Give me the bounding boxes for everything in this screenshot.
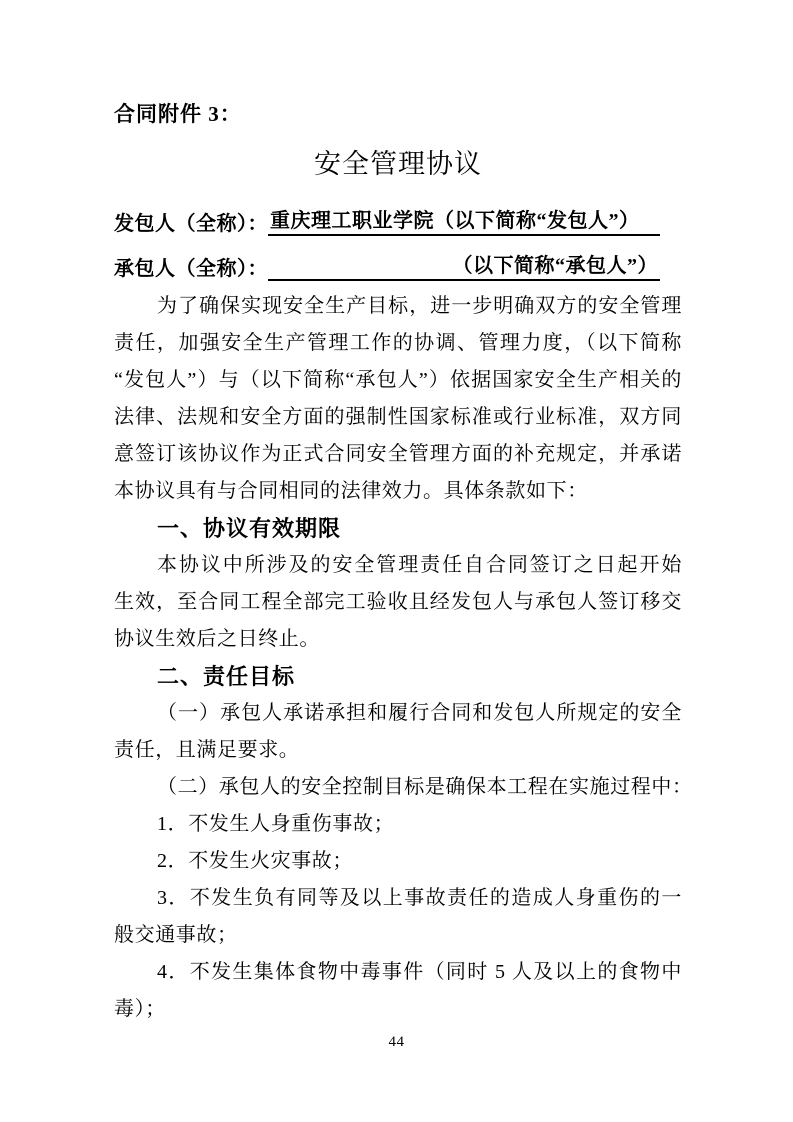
section-1-line-1: 本协议中所涉及的安全管理责任自合同签订之日起开始 bbox=[114, 547, 682, 584]
intro-line-4: 法律、法规和安全方面的强制性国家标准或行业标准，双方同 bbox=[114, 399, 682, 436]
section-1-heading: 一、协议有效期限 bbox=[114, 510, 682, 547]
list-item-2: 2．不发生火灾事故； bbox=[114, 843, 682, 880]
employer-value-underlined: 重庆理工职业学院（以下简称“发包人”） bbox=[268, 204, 660, 236]
list-item-4-line-1: 4．不发生集体食物中毒事件（同时 5 人及以上的食物中 bbox=[114, 954, 682, 991]
contractor-value-underlined: （以下简称“承包人”） bbox=[268, 249, 660, 281]
list-item-1: 1．不发生人身重伤事故； bbox=[114, 806, 682, 843]
contractor-row: 承包人（全称）： （以下简称“承包人”） bbox=[114, 243, 660, 281]
intro-line-1: 为了确保实现安全生产目标，进一步明确双方的安全管理 bbox=[114, 288, 682, 325]
section-2-heading: 二、责任目标 bbox=[114, 658, 682, 695]
list-item-3-line-1: 3．不发生负有同等及以上事故责任的造成人身重伤的一 bbox=[114, 880, 682, 917]
intro-line-2: 责任，加强安全生产管理工作的协调、管理力度，（以下简称 bbox=[114, 325, 682, 362]
clause-2-1-line-1: （一）承包人承诺承担和履行合同和发包人所规定的安全 bbox=[114, 695, 682, 732]
document-page: 合同附件 3： 安全管理协议 发包人（全称）： 重庆理工职业学院（以下简称“发包… bbox=[0, 0, 793, 1122]
clause-2-1-line-2: 责任，且满足要求。 bbox=[114, 732, 682, 769]
section-1-line-2: 生效，至合同工程全部完工验收且经发包人与承包人签订移交 bbox=[114, 584, 682, 621]
section-1-line-3: 协议生效后之日终止。 bbox=[114, 621, 682, 658]
list-item-3-line-2: 般交通事故； bbox=[114, 917, 682, 954]
list-item-4-line-2: 毒）； bbox=[114, 991, 682, 1028]
employer-label: 发包人（全称）： bbox=[114, 207, 268, 236]
intro-line-5: 意签订该协议作为正式合同安全管理方面的补充规定，并承诺 bbox=[114, 436, 682, 473]
intro-line-3: “发包人”）与（以下简称“承包人”）依据国家安全生产相关的 bbox=[114, 362, 682, 399]
contractor-label: 承包人（全称）： bbox=[114, 252, 268, 281]
document-title: 安全管理协议 bbox=[114, 142, 682, 181]
clause-2-2-line-1: （二）承包人的安全控制目标是确保本工程在实施过程中： bbox=[114, 769, 682, 806]
page-number: 44 bbox=[0, 1034, 793, 1051]
employer-row: 发包人（全称）： 重庆理工职业学院（以下简称“发包人”） bbox=[114, 198, 660, 236]
body-text: 为了确保实现安全生产目标，进一步明确双方的安全管理 责任，加强安全生产管理工作的… bbox=[114, 288, 682, 1028]
intro-line-6: 本协议具有与合同相同的法律效力。具体条款如下： bbox=[114, 473, 682, 510]
attachment-label: 合同附件 3： bbox=[114, 98, 242, 128]
